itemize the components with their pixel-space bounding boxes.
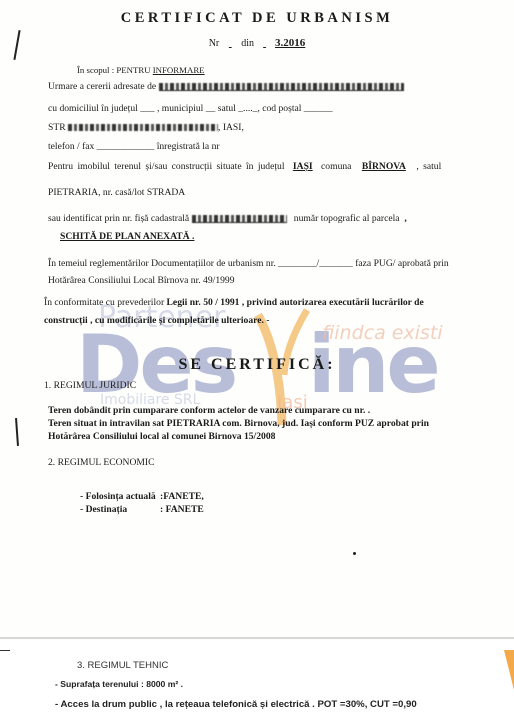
- juridic-line-1: Teren dobândit prin cumparare conform ac…: [48, 405, 370, 416]
- tehnic-access: - Acces la drum public , la rețeaua tele…: [55, 699, 417, 710]
- certificate-number: Nr din 3.2016: [0, 37, 514, 49]
- stray-mark: [353, 552, 356, 555]
- phone-line: telefon / fax ____________ înregistrată …: [48, 141, 220, 152]
- property-line: Pentru imobilul terenul și/sau construcț…: [48, 161, 441, 172]
- section-economic-heading: 2. REGIMUL ECONOMIC: [48, 457, 155, 468]
- tehnic-surface: - Suprafața terenului : 8000 m² .: [55, 679, 183, 689]
- scope-line: În scopul : PENTRU INFORMARE: [77, 65, 205, 75]
- regulations-line-2: Hotărârea Consiliului Local Bîrnova nr. …: [48, 275, 235, 286]
- margin-mark-middle: [15, 418, 19, 446]
- document-page-1: Partener Des ine fiindca existi Imobilia…: [0, 0, 514, 640]
- street-line: STR , IASI,: [48, 122, 244, 133]
- redacted-applicant-name: [159, 83, 404, 91]
- regulations-line-1: În temeiul reglementărilor Documentațiil…: [48, 258, 449, 269]
- domicile-line: cu domiciliul în județul ___ , municipiu…: [48, 103, 333, 114]
- economic-item-destinatia: - Destinația: FANETE: [80, 504, 204, 515]
- corner-accent-shape: [504, 650, 514, 690]
- law-line-1: În conformitate cu prevederilor Legii nr…: [44, 297, 424, 308]
- redacted-cadastral-number: [192, 215, 287, 223]
- juridic-line-3: Hotărârea Consiliului local al comunei B…: [48, 431, 275, 442]
- page-divider: [0, 637, 514, 639]
- plan-line: SCHITĂ DE PLAN ANEXATĂ .: [48, 231, 194, 242]
- law-line-2: construcții , cu modificările și complet…: [44, 315, 269, 326]
- certify-heading: SE CERTIFICĂ:: [0, 356, 514, 374]
- margin-tick: [0, 650, 10, 651]
- request-line: Urmare a cererii adresate de: [48, 81, 404, 92]
- section-juridic-heading: 1. REGIMUL JURIDIC: [44, 380, 136, 391]
- redacted-street: [68, 124, 218, 131]
- watermark-tagline: fiindca existi: [322, 322, 443, 344]
- juridic-line-2: Teren situat in intravilan sat PIETRARIA…: [48, 418, 429, 429]
- document-title: CERTIFICAT DE URBANISM: [0, 10, 514, 27]
- economic-item-folosinta: - Folosința actuală:FANETE,: [80, 491, 204, 502]
- cadastral-line: sau identificat prin nr. fișă cadastrală…: [48, 213, 407, 224]
- section-tehnic-heading: 3. REGIMUL TEHNIC: [77, 660, 168, 671]
- village-line: PIETRARIA, nr. casă/lot STRADA: [48, 187, 185, 198]
